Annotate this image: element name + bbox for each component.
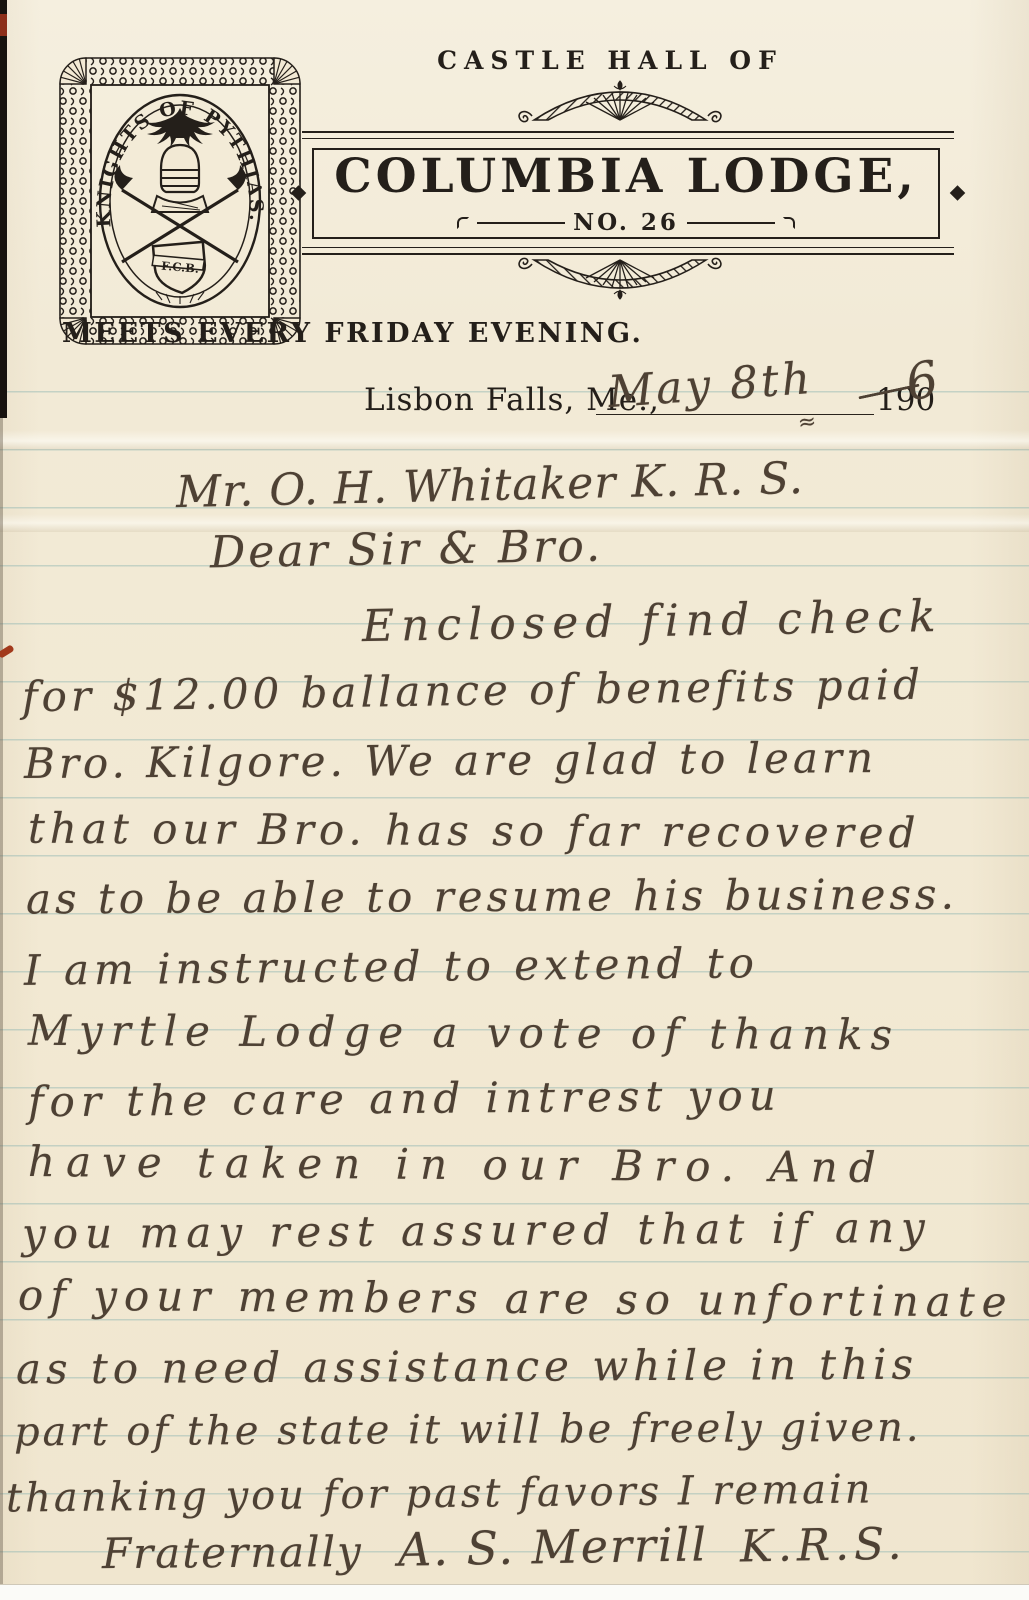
body-line: Bro. Kilgore. We are glad to learn (24, 737, 877, 785)
lodge-number-row: NO. 26 (457, 209, 795, 236)
salutation-line: Dear Sir & Bro. (210, 525, 604, 576)
fan-arch-ornament-inverted-icon (516, 256, 724, 300)
castle-hall-heading: CASTLE HALL OF (430, 46, 790, 75)
body-line: that our Bro. has so far recovered (28, 808, 921, 855)
body-line: of your members are so unfortinate (18, 1275, 1014, 1324)
lodge-name-inner-frame: COLUMBIA LODGE, NO. 26 (312, 148, 940, 239)
lodge-name: COLUMBIA LODGE, (334, 153, 917, 200)
scan-edge-black (0, 0, 7, 418)
body-line: for the care and intrest you (28, 1075, 782, 1124)
fan-arch-ornament-icon (516, 80, 724, 124)
rule-dash (477, 222, 565, 224)
closing-line: Fraternally (102, 1531, 363, 1575)
body-line: for $12.00 ballance of benefits paid (22, 664, 925, 719)
scan-artifact-red (0, 14, 7, 36)
body-line: part of the state it will be freely give… (14, 1408, 922, 1453)
signature-title: K.R.S. (740, 1523, 907, 1570)
handwritten-date-mark: ≈ (797, 411, 818, 435)
body-line: Enclosed find check (362, 595, 943, 649)
body-line: have taken in our Bro. And (28, 1141, 887, 1189)
body-line: I am instructed to extend to (24, 942, 759, 992)
body-line: thanking you for past favors I remain (6, 1469, 874, 1518)
body-line: as to need assistance while in this (16, 1344, 918, 1391)
scan-edge-line (0, 418, 3, 1584)
meets-line: MEETS EVERY FRIDAY EVENING. (62, 318, 643, 349)
lodge-number: NO. 26 (573, 209, 679, 236)
body-line: you may rest assured that if any (22, 1207, 932, 1255)
curl-ornament-icon (457, 217, 469, 229)
curl-ornament-icon (783, 217, 795, 229)
letter-scan-page: KNIGHTS OF PYTHIAS. F.C.B. (0, 0, 1029, 1600)
scan-edge-white (0, 1584, 1029, 1600)
lodge-name-box: COLUMBIA LODGE, NO. 26 (302, 131, 954, 255)
signature: A. S. Merrill (398, 1521, 709, 1572)
body-line: as to be able to resume his business. (26, 874, 958, 921)
diamond-ornament-icon (950, 185, 966, 201)
body-line: Myrtle Lodge a vote of thanks (28, 1010, 900, 1057)
rule-dash (687, 222, 775, 224)
knights-of-pythias-crest-icon: KNIGHTS OF PYTHIAS. F.C.B. (58, 56, 302, 350)
